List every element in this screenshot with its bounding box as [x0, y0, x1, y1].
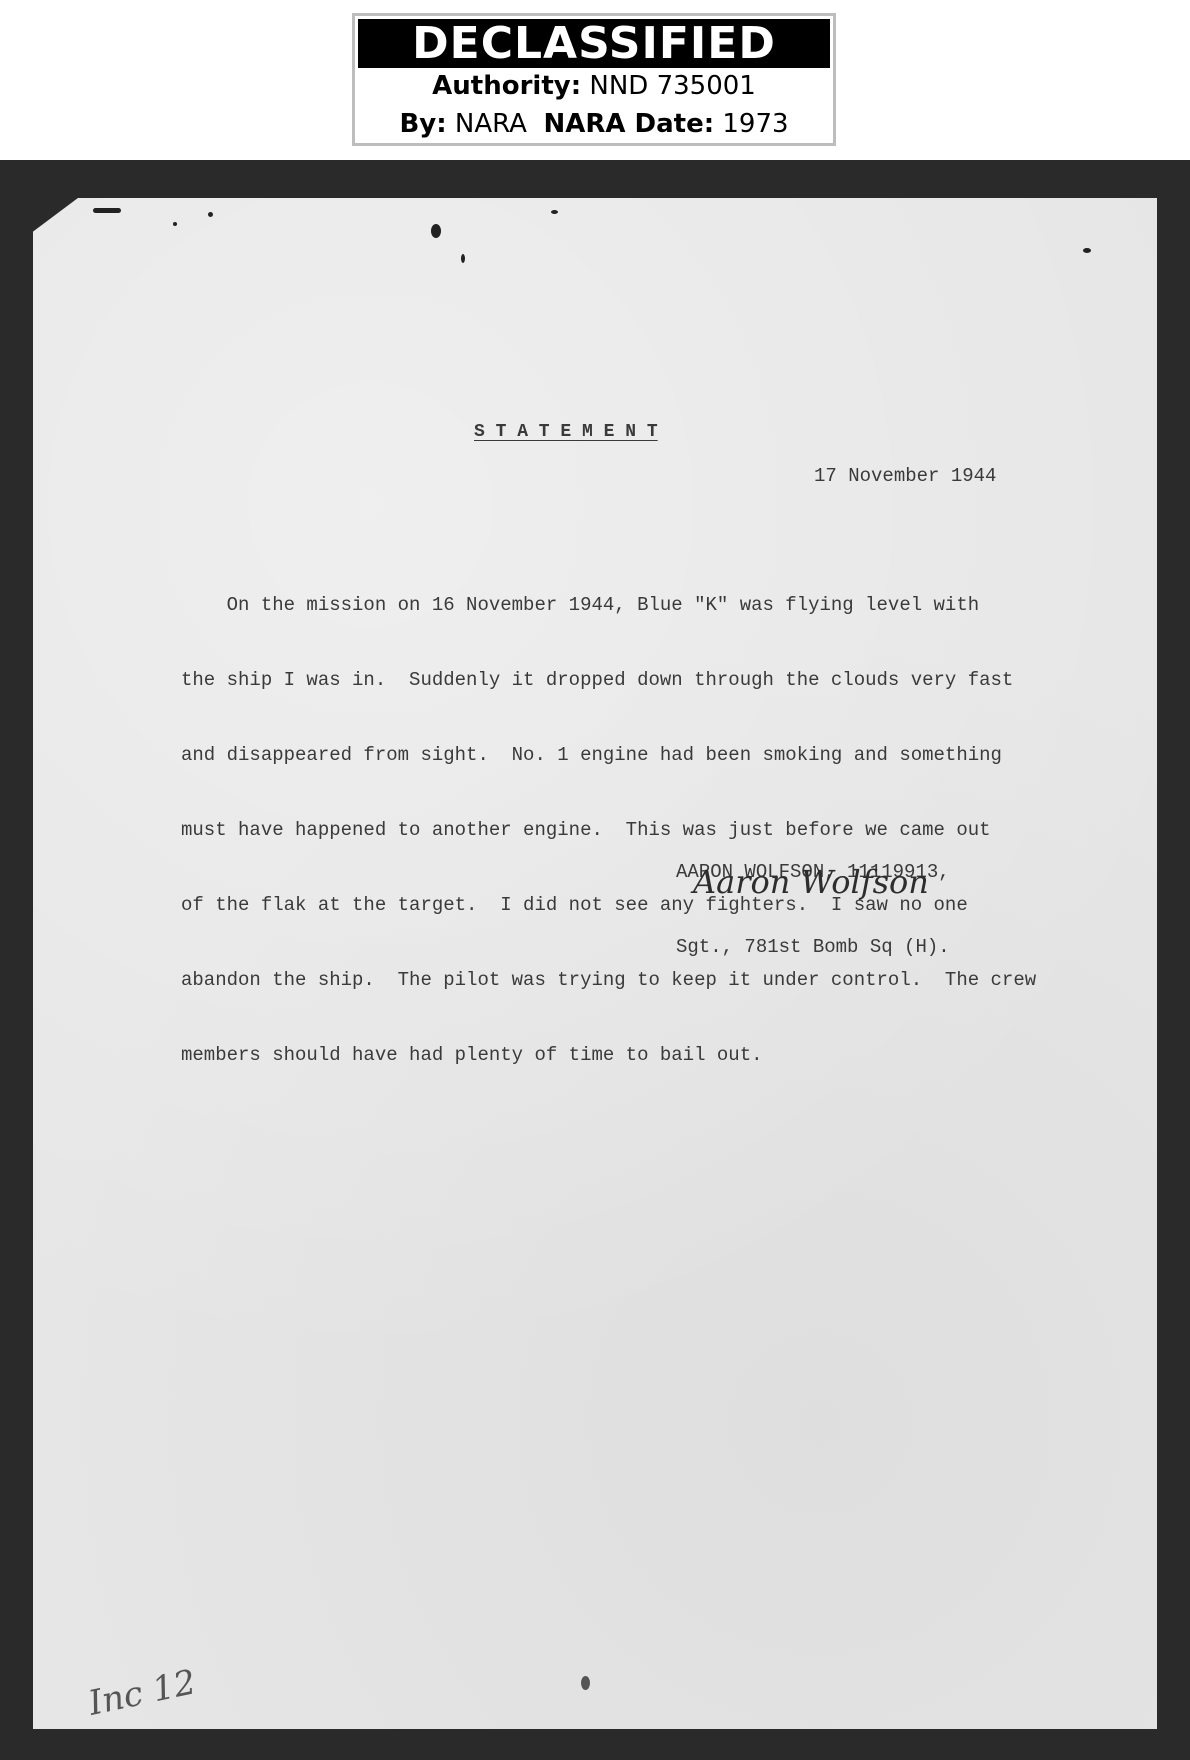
handwritten-margin-note: Inc 12: [85, 1662, 199, 1724]
ink-blot: [431, 224, 441, 238]
ink-speck: [173, 222, 177, 226]
scanned-page-frame: S T A T E M E N T 17 November 1944 On th…: [0, 160, 1190, 1760]
signer-unit: Sgt., 781st Bomb Sq (H).: [676, 935, 950, 960]
stamp-by-date: By: NARA NARA Date: 1973: [355, 109, 833, 139]
handwritten-signature: Aaron Wolfson: [693, 863, 929, 901]
body-line: the ship I was in. Suddenly it dropped d…: [181, 668, 1036, 693]
by-value: NARA: [455, 109, 527, 139]
signature-block: AARON WOLFSON, 11119913, Sgt., 781st Bom…: [676, 810, 950, 1010]
declassified-stamp: DECLASSIFIED Authority: NND 735001 By: N…: [352, 13, 836, 146]
stamp-authority: Authority: NND 735001: [355, 71, 833, 101]
document-page: S T A T E M E N T 17 November 1944 On th…: [33, 198, 1157, 1729]
authority-label: Authority:: [432, 71, 581, 101]
ink-speck: [461, 254, 465, 263]
date-label: NARA Date:: [543, 109, 714, 139]
body-line: and disappeared from sight. No. 1 engine…: [181, 743, 1036, 768]
ink-speck: [551, 210, 558, 214]
date-value: 1973: [722, 109, 788, 139]
ink-speck: [1083, 248, 1091, 253]
authority-value: NND 735001: [589, 71, 755, 101]
ink-blot: [581, 1676, 590, 1690]
body-line: members should have had plenty of time t…: [181, 1043, 1036, 1068]
ink-speck: [208, 212, 213, 217]
document-title: S T A T E M E N T: [474, 420, 658, 445]
by-label: By:: [399, 109, 446, 139]
ink-blot: [93, 208, 121, 213]
document-date: 17 November 1944: [814, 464, 996, 489]
body-line: On the mission on 16 November 1944, Blue…: [181, 593, 1036, 618]
stamp-title: DECLASSIFIED: [358, 19, 830, 68]
